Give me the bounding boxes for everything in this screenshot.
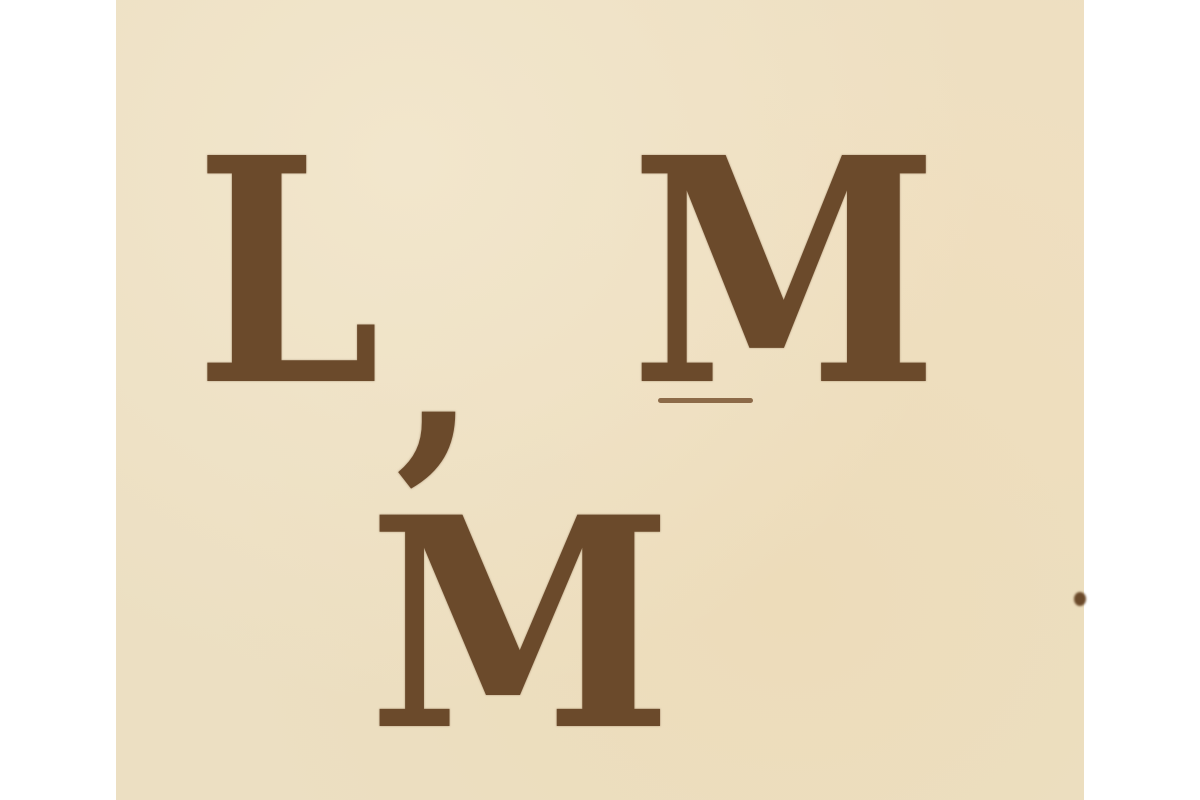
- underline-stroke: [658, 398, 753, 403]
- letter-l: L: [195, 118, 380, 428]
- ink-dot: [1074, 592, 1086, 606]
- letter-m-bottom: M: [368, 480, 673, 770]
- letter-m-top: M: [630, 118, 939, 428]
- comma-mark: ,: [395, 245, 479, 485]
